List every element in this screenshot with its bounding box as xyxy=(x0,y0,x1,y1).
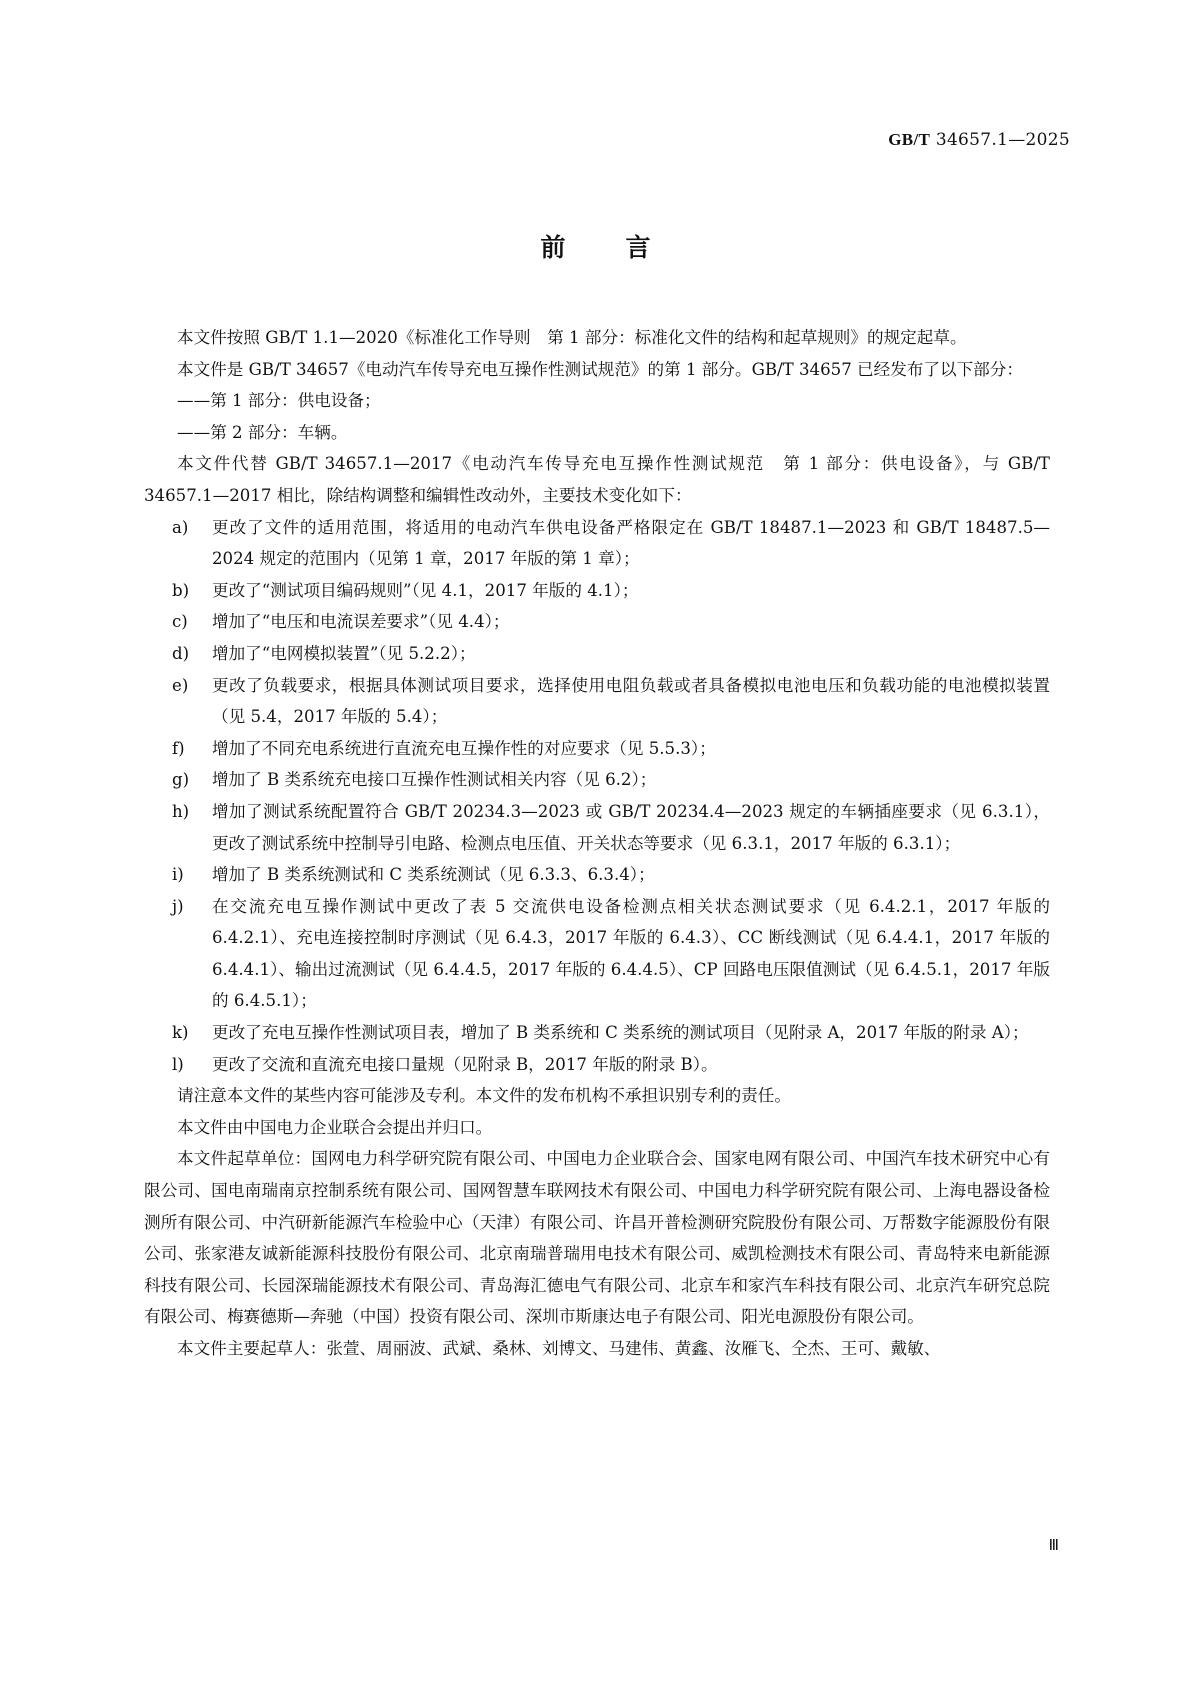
change-item: l)更改了交流和直流充电接口量规（见附录 B，2017 年版的附录 B）。 xyxy=(144,1049,1050,1081)
change-label: k) xyxy=(172,1017,189,1049)
change-text: 增加了“电网模拟装置”（见 5.2.2）； xyxy=(212,644,476,663)
paragraph-proposer: 本文件由中国电力企业联合会提出并归口。 xyxy=(144,1112,1050,1144)
change-text: 更改了“测试项目编码规则”（见 4.1，2017 年版的 4.1）； xyxy=(212,581,638,600)
paragraph-series-info: 本文件是 GB/T 34657《电动汽车传导充电互操作性测试规范》的第 1 部分… xyxy=(144,354,1050,386)
standard-code-number: 34657.1—2025 xyxy=(936,130,1070,150)
change-item: j)在交流充电互操作测试中更改了表 5 交流供电设备检测点相关状态测试要求（见 … xyxy=(144,891,1050,1017)
technical-changes-list: a)更改了文件的适用范围，将适用的电动汽车供电设备严格限定在 GB/T 1848… xyxy=(144,512,1050,1081)
change-label: c) xyxy=(172,606,188,638)
change-item: e)更改了负载要求，根据具体测试项目要求，选择使用电阻负载或者具备模拟电池电压和… xyxy=(144,670,1050,733)
paragraph-patent-notice: 请注意本文件的某些内容可能涉及专利。本文件的发布机构不承担识别专利的责任。 xyxy=(144,1080,1050,1112)
change-label: h) xyxy=(172,796,189,828)
change-text: 更改了文件的适用范围，将适用的电动汽车供电设备严格限定在 GB/T 18487.… xyxy=(212,518,1050,569)
standard-code: GB/T 34657.1—2025 xyxy=(888,130,1070,150)
change-label: g) xyxy=(172,764,189,796)
page-title: 前言 xyxy=(0,228,1191,264)
change-label: b) xyxy=(172,575,189,607)
change-label: i) xyxy=(172,859,184,891)
paragraph-drafting-units: 本文件起草单位：国网电力科学研究院有限公司、中国电力企业联合会、国家电网有限公司… xyxy=(144,1143,1050,1333)
page-number: Ⅲ xyxy=(1049,1536,1059,1555)
change-item: h)增加了测试系统配置符合 GB/T 20234.3—2023 或 GB/T 2… xyxy=(144,796,1050,859)
change-label: f) xyxy=(172,733,185,765)
change-item: b)更改了“测试项目编码规则”（见 4.1，2017 年版的 4.1）； xyxy=(144,575,1050,607)
change-text: 增加了“电压和电流误差要求”（见 4.4）； xyxy=(212,612,510,631)
change-label: j) xyxy=(172,891,184,923)
change-text: 更改了充电互操作性测试项目表，增加了 B 类系统和 C 类系统的测试项目（见附录… xyxy=(212,1023,1029,1042)
change-text: 更改了负载要求，根据具体测试项目要求，选择使用电阻负载或者具备模拟电池电压和负载… xyxy=(212,676,1050,727)
change-label: d) xyxy=(172,638,189,670)
part-list-item: ——第 2 部分：车辆。 xyxy=(144,417,1050,449)
change-item: k)更改了充电互操作性测试项目表，增加了 B 类系统和 C 类系统的测试项目（见… xyxy=(144,1017,1050,1049)
change-text: 更改了交流和直流充电接口量规（见附录 B，2017 年版的附录 B）。 xyxy=(212,1055,718,1074)
change-item: f)增加了不同充电系统进行直流充电互操作性的对应要求（见 5.5.3）； xyxy=(144,733,1050,765)
change-text: 增加了不同充电系统进行直流充电互操作性的对应要求（见 5.5.3）； xyxy=(212,739,716,758)
change-item: g)增加了 B 类系统充电接口互操作性测试相关内容（见 6.2）； xyxy=(144,764,1050,796)
change-item: a)更改了文件的适用范围，将适用的电动汽车供电设备严格限定在 GB/T 1848… xyxy=(144,512,1050,575)
change-text: 在交流充电互操作测试中更改了表 5 交流供电设备检测点相关状态测试要求（见 6.… xyxy=(212,897,1050,1011)
paragraph-drafting-basis: 本文件按照 GB/T 1.1—2020《标准化工作导则 第 1 部分：标准化文件… xyxy=(144,322,1050,354)
change-item: i)增加了 B 类系统测试和 C 类系统测试（见 6.3.3、6.3.4）； xyxy=(144,859,1050,891)
standard-code-prefix: GB/T xyxy=(888,130,930,149)
foreword-body: 本文件按照 GB/T 1.1—2020《标准化工作导则 第 1 部分：标准化文件… xyxy=(144,322,1050,1365)
change-label: e) xyxy=(172,670,188,702)
change-text: 增加了测试系统配置符合 GB/T 20234.3—2023 或 GB/T 202… xyxy=(212,802,1050,853)
change-text: 增加了 B 类系统测试和 C 类系统测试（见 6.3.3、6.3.4）； xyxy=(212,865,655,884)
paragraph-replacement: 本文件代替 GB/T 34657.1—2017《电动汽车传导充电互操作性测试规范… xyxy=(144,448,1050,511)
change-label: a) xyxy=(172,512,188,544)
change-label: l) xyxy=(172,1049,184,1081)
change-text: 增加了 B 类系统充电接口互操作性测试相关内容（见 6.2）； xyxy=(212,770,656,789)
change-item: d)增加了“电网模拟装置”（见 5.2.2）； xyxy=(144,638,1050,670)
paragraph-drafters: 本文件主要起草人：张萱、周丽波、武斌、桑林、刘博文、马建伟、黄鑫、汝雁飞、仝杰、… xyxy=(144,1333,1050,1365)
change-item: c)增加了“电压和电流误差要求”（见 4.4）； xyxy=(144,606,1050,638)
part-list-item: ——第 1 部分：供电设备； xyxy=(144,385,1050,417)
